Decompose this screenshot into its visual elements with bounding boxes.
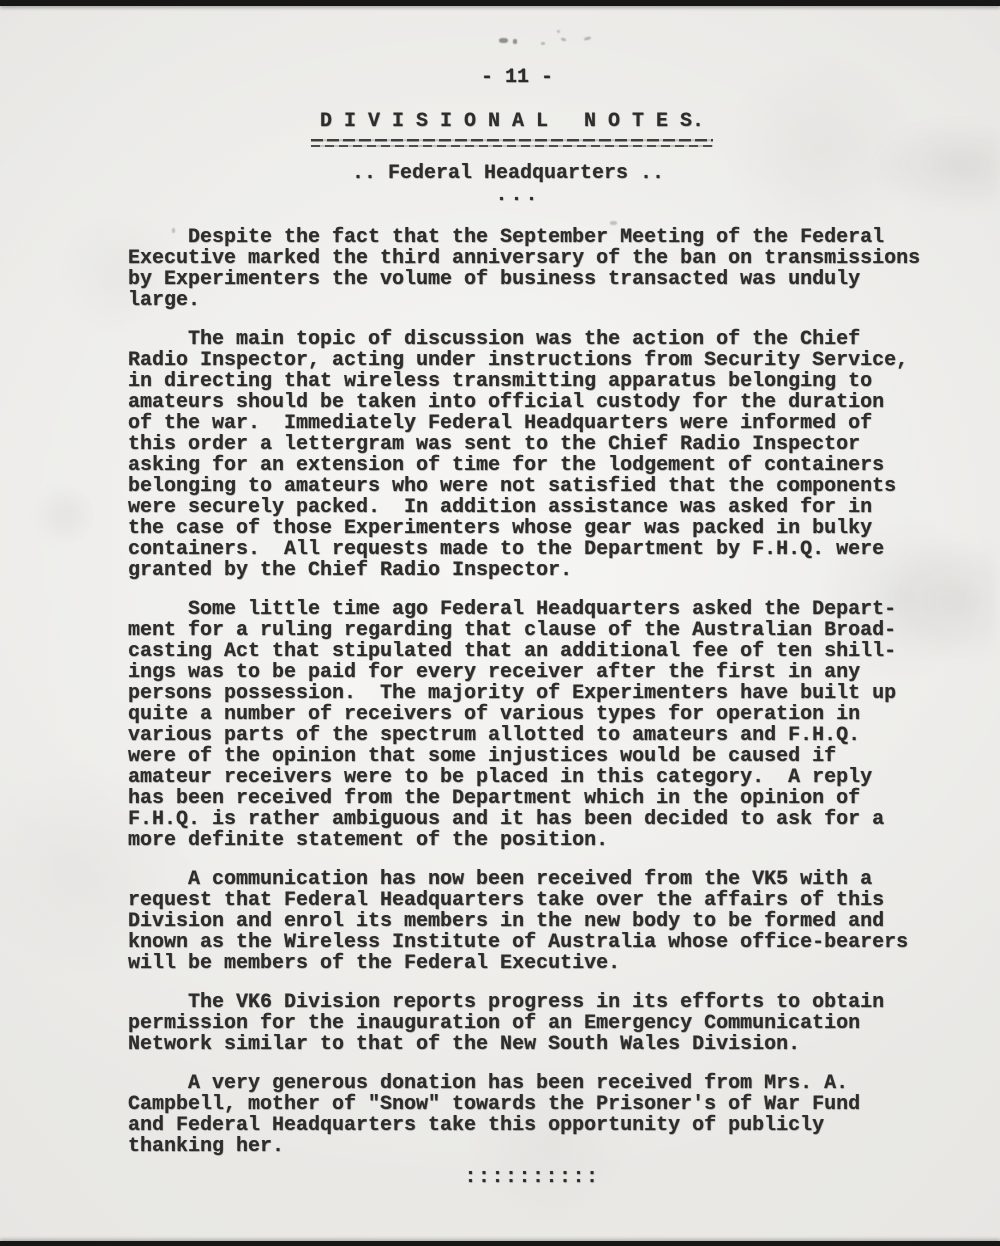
paragraph: A communication has now been received fr… — [128, 869, 968, 974]
scan-speck — [557, 30, 560, 33]
document-body: Despite the fact that the September Meet… — [128, 227, 968, 1175]
scan-speck — [499, 38, 508, 43]
scan-speck — [513, 39, 517, 44]
paragraph: The main topic of discussion was the act… — [128, 329, 968, 581]
paper-watermark — [30, 480, 100, 550]
paragraph: Despite the fact that the September Meet… — [128, 227, 968, 311]
heading-ornament-dots: ... — [18, 184, 1000, 207]
title-double-underline — [311, 139, 713, 148]
scanned-document-page: - 11 - D I V I S I O N A L N O T E S. ..… — [0, 0, 1000, 1246]
scan-speck — [610, 221, 617, 225]
end-of-section-ornament: :::::::::: — [32, 1166, 1000, 1189]
page-number: - 11 - — [17, 66, 1000, 89]
paragraph: The VK6 Division reports progress in its… — [128, 992, 968, 1055]
scan-edge-top — [0, 0, 1000, 6]
paragraph: Some little time ago Federal Headquarter… — [128, 599, 968, 851]
section-heading: .. Federal Headquarters .. — [8, 162, 1000, 185]
scan-speck — [541, 42, 545, 45]
scan-edge-bottom — [0, 1241, 1000, 1246]
paragraph: A very generous donation has been receiv… — [128, 1073, 968, 1157]
scan-speck — [584, 36, 592, 41]
scan-speck — [561, 37, 567, 42]
page-title: D I V I S I O N A L N O T E S. — [12, 110, 1000, 133]
